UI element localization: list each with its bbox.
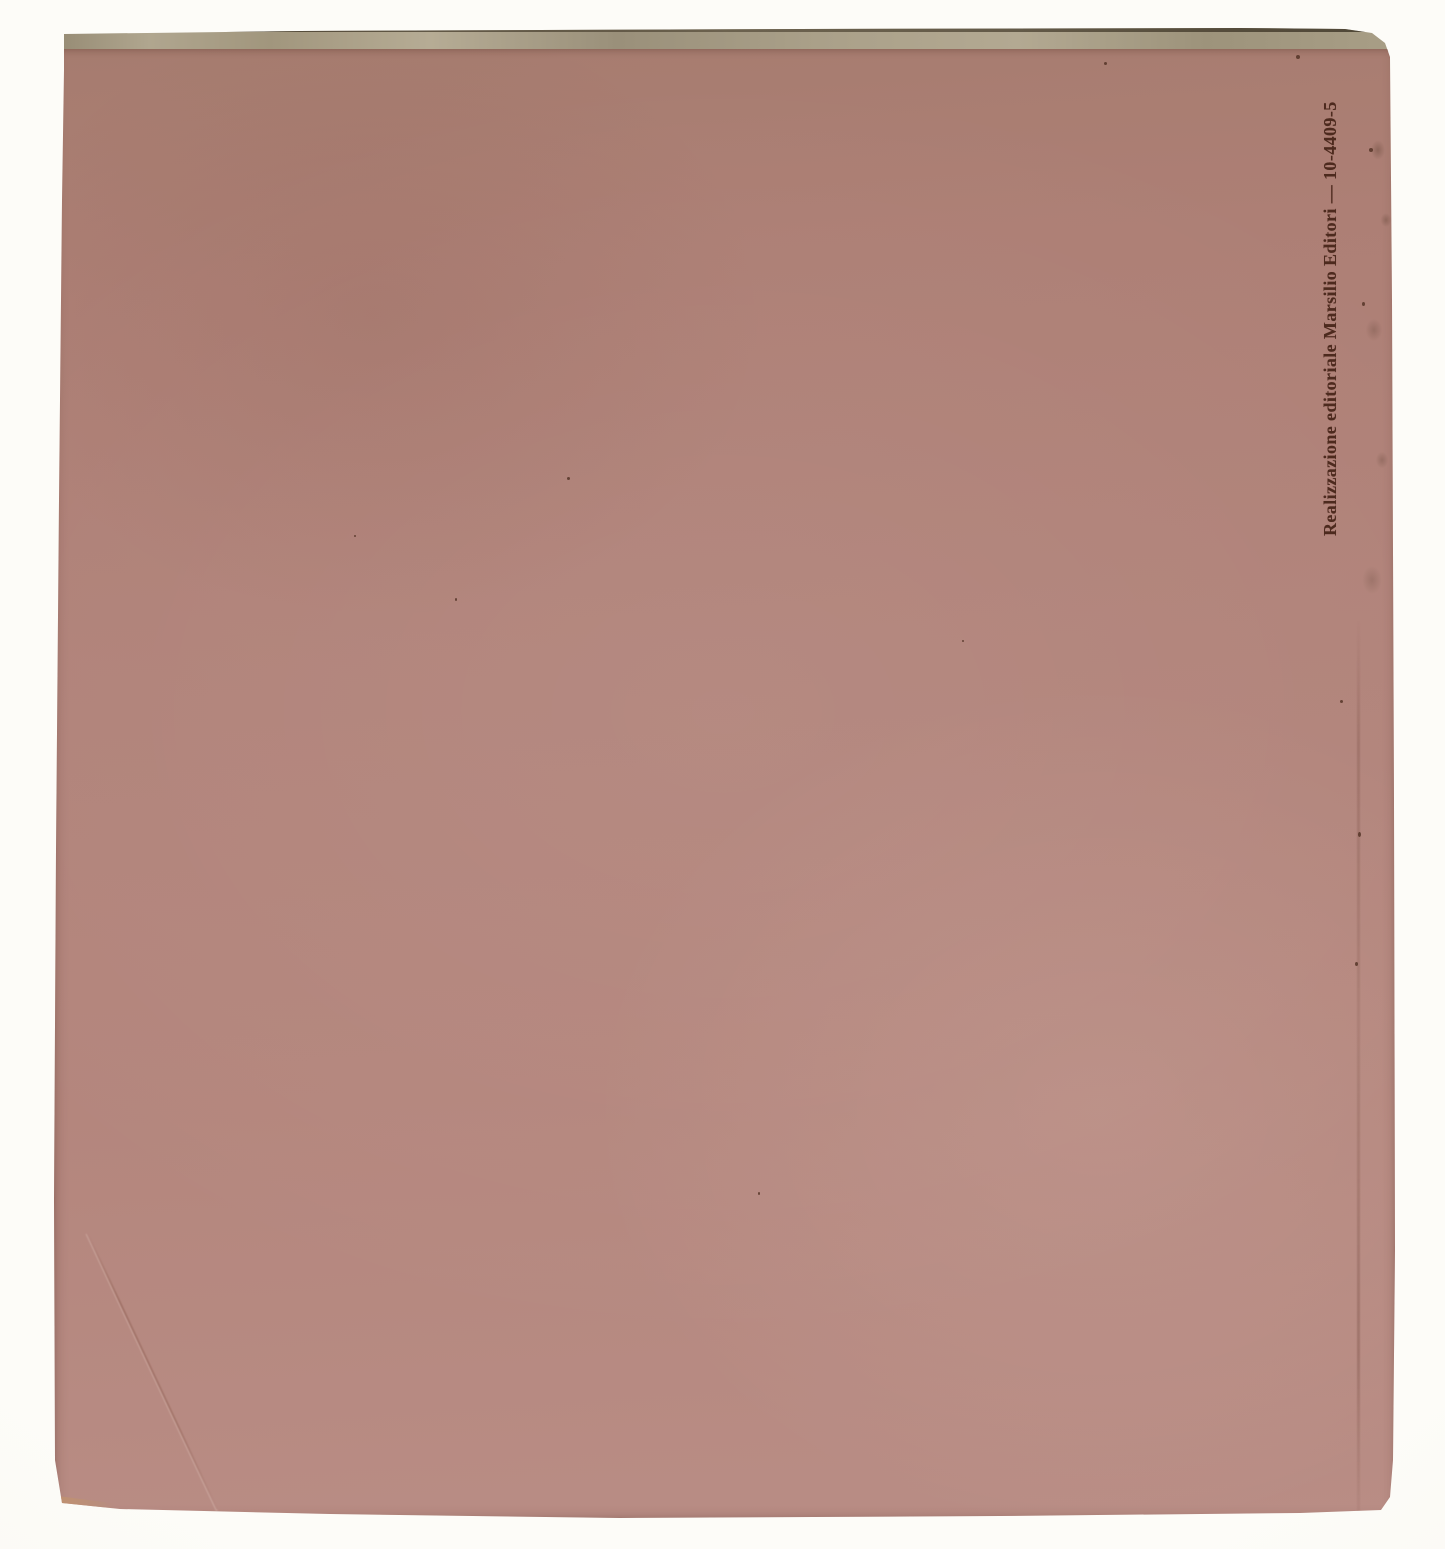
dust-speck — [1362, 302, 1365, 306]
dust-speck — [1296, 55, 1300, 59]
spine-edge-wear — [1348, 40, 1396, 660]
dust-speck — [1340, 700, 1343, 703]
dust-speck — [354, 535, 356, 537]
dust-speck — [1104, 62, 1107, 65]
dust-speck — [1358, 832, 1361, 837]
dust-speck — [567, 477, 570, 480]
dust-speck — [758, 1192, 760, 1195]
dust-speck — [962, 640, 964, 642]
spine-fold-crease — [1357, 620, 1360, 1515]
cover-face — [50, 49, 1396, 1521]
book-back-cover: Realizzazione editoriale Marsilio Editor… — [0, 0, 1445, 1549]
dust-speck — [1369, 148, 1373, 152]
spine-imprint-text: Realizzazione editoriale Marsilio Editor… — [1320, 101, 1341, 536]
dust-speck — [455, 598, 457, 601]
photo-background: Realizzazione editoriale Marsilio Editor… — [0, 0, 1445, 1549]
dust-speck — [1355, 962, 1358, 966]
